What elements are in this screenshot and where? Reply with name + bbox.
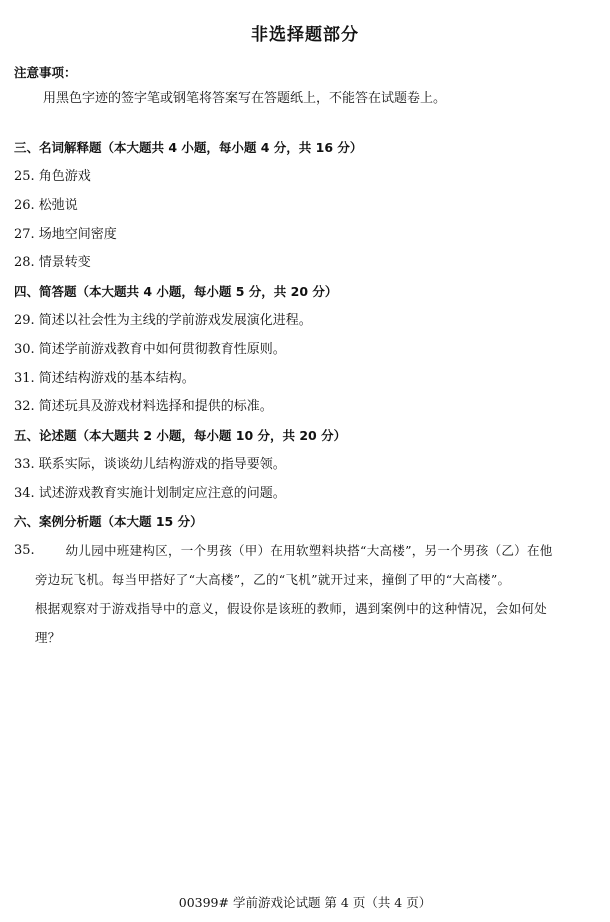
question-30: 30. 简述学前游戏教育中如何贯彻教育性原则。 bbox=[14, 341, 286, 359]
question-25: 25. 角色游戏 bbox=[14, 168, 91, 186]
question-34: 34. 试述游戏教育实施计划制定应注意的问题。 bbox=[14, 485, 286, 503]
case-text-line-4: 理？ bbox=[35, 629, 61, 647]
case-text-line-3: 根据观察对于游戏指导中的意义，假设你是该班的教师，遇到案例中的这种情况，会如何处 bbox=[35, 600, 547, 618]
section-heading-case: 六、案例分析题（本大题 15 分） bbox=[14, 513, 203, 531]
case-text-line-1: 幼儿园中班建构区，一个男孩（甲）在用软塑料块搭“大高楼”，另一个男孩（乙）在他 bbox=[40, 542, 553, 560]
page-footer: 00399# 学前游戏论试题 第 4 页（共 4 页） bbox=[0, 893, 610, 911]
question-26: 26. 松弛说 bbox=[14, 197, 78, 215]
section-heading-short-answer: 四、简答题（本大题共 4 小题，每小题 5 分，共 20 分） bbox=[14, 283, 337, 301]
question-35-number: 35. bbox=[14, 542, 35, 560]
question-27: 27. 场地空间密度 bbox=[14, 226, 117, 244]
question-28: 28. 情景转变 bbox=[14, 254, 91, 272]
notice-text: 用黑色字迹的签字笔或钢笔将答案写在答题纸上，不能答在试题卷上。 bbox=[43, 90, 446, 108]
page-title: 非选择题部分 bbox=[0, 20, 610, 45]
section-heading-essay: 五、论述题（本大题共 2 小题，每小题 10 分，共 20 分） bbox=[14, 427, 346, 445]
question-32: 32. 简述玩具及游戏材料选择和提供的标准。 bbox=[14, 398, 273, 416]
case-text-line-2: 旁边玩飞机。每当甲搭好了“大高楼”，乙的“飞机”就开过来，撞倒了甲的“大高楼”。 bbox=[35, 571, 510, 589]
question-29: 29. 简述以社会性为主线的学前游戏发展演化进程。 bbox=[14, 312, 312, 330]
notice-heading: 注意事项： bbox=[14, 64, 77, 82]
section-heading-terms: 三、名词解释题（本大题共 4 小题，每小题 4 分，共 16 分） bbox=[14, 139, 362, 157]
question-31: 31. 简述结构游戏的基本结构。 bbox=[14, 370, 195, 388]
question-33: 33. 联系实际，谈谈幼儿结构游戏的指导要领。 bbox=[14, 456, 286, 474]
